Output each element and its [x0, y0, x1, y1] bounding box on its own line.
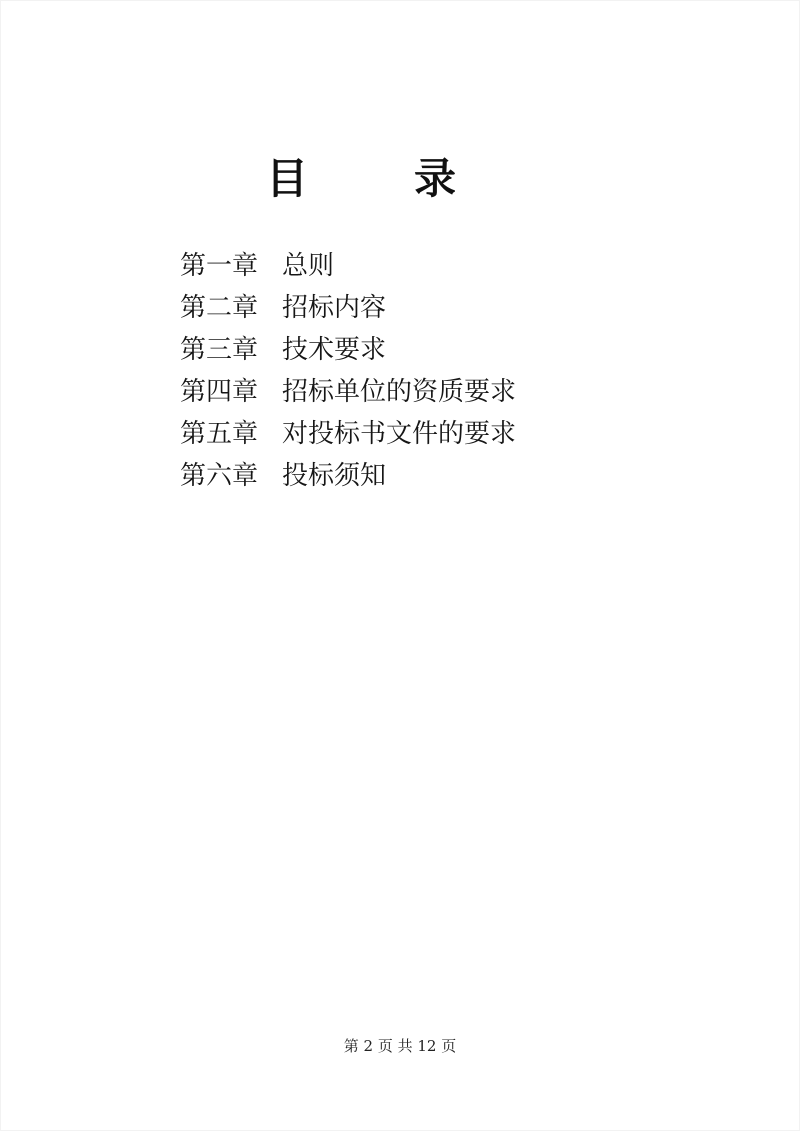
toc-entry: 第三章 技术要求 — [180, 329, 710, 371]
toc-entry: 第一章 总则 — [180, 245, 710, 287]
toc-title-char-left: 目 — [266, 158, 308, 200]
toc-entry: 第六章 投标须知 — [180, 455, 710, 497]
toc-entry: 第四章 招标单位的资质要求 — [180, 371, 710, 413]
toc-entry-chapter: 第二章 — [180, 287, 258, 329]
toc-title-char-right: 录 — [414, 158, 456, 200]
toc-entry-title: 招标单位的资质要求 — [282, 371, 516, 413]
toc-title: 目 录 — [266, 158, 456, 200]
document-page: 目 录 第一章 总则 第二章 招标内容 第三章 技术要求 第四章 招标单位的资质… — [0, 0, 800, 1131]
toc-entry-title: 招标内容 — [282, 287, 386, 329]
page-number: 第 2 页 共 12 页 — [344, 1037, 456, 1055]
toc-entry-title: 总则 — [282, 245, 334, 287]
page-footer: 第 2 页 共 12 页 — [0, 1036, 800, 1056]
toc-entry-chapter: 第六章 — [180, 455, 258, 497]
toc-entry-title: 技术要求 — [282, 329, 386, 371]
toc-entry-chapter: 第五章 — [180, 413, 258, 455]
toc-entry-title: 投标须知 — [282, 455, 386, 497]
toc-entry-chapter: 第四章 — [180, 371, 258, 413]
toc-entry-title: 对投标书文件的要求 — [282, 413, 516, 455]
toc-list: 第一章 总则 第二章 招标内容 第三章 技术要求 第四章 招标单位的资质要求 第… — [180, 245, 710, 497]
toc-entry-chapter: 第一章 — [180, 245, 258, 287]
toc-entry: 第二章 招标内容 — [180, 287, 710, 329]
toc-entry-chapter: 第三章 — [180, 329, 258, 371]
toc-entry: 第五章 对投标书文件的要求 — [180, 413, 710, 455]
